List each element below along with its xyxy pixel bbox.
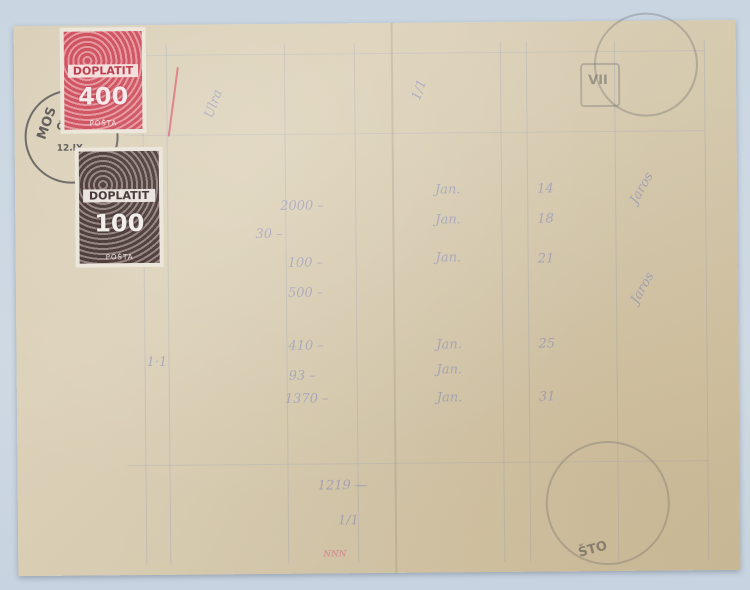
handwriting-note: Jan. xyxy=(435,212,461,227)
ruled-line xyxy=(125,130,705,136)
ruled-line xyxy=(284,44,290,564)
red-pencil-line xyxy=(168,67,179,137)
handwriting-note: Jan. xyxy=(437,390,463,405)
handwriting: Jaros xyxy=(628,270,658,307)
red-pencil-mark: ɴɴɴ xyxy=(323,545,346,559)
faded-postmark: ŠTO xyxy=(545,440,670,565)
handwriting-date: 25 xyxy=(538,336,555,351)
handwriting-note: Jan. xyxy=(437,362,463,377)
postmark-city: MOS xyxy=(35,105,60,141)
handwriting: 1·1 xyxy=(146,355,167,370)
fold-crease xyxy=(391,23,398,573)
handwriting-amount: 2000 – xyxy=(280,198,324,213)
postmark-country: ČSŘ xyxy=(56,122,79,133)
handwriting-amount: 410 – xyxy=(288,338,324,353)
stamp-label: DOPLATIT xyxy=(68,64,138,78)
ruled-line xyxy=(500,42,506,562)
handwriting: Jaros xyxy=(627,170,657,207)
ruled-line xyxy=(166,45,172,565)
handwriting-note: Jan. xyxy=(436,337,462,352)
handwriting: Ulra xyxy=(202,88,226,120)
ruled-line xyxy=(614,41,620,561)
ruled-line xyxy=(124,50,704,56)
postage-due-stamp-400: DOPLATIT 400 POŠTA xyxy=(60,27,147,134)
ruled-line xyxy=(354,43,360,563)
handwriting-amount: 1370 – xyxy=(285,391,329,406)
faded-box-stamp: VII xyxy=(580,63,620,107)
stamp-value: 400 xyxy=(64,82,142,111)
document-paper: Ulra 1/1 2000 – 30 – 100 – 500 – 410 – 9… xyxy=(14,20,741,576)
stamp-label: DOPLATIT xyxy=(83,189,155,203)
faded-postmark xyxy=(594,12,699,117)
handwriting-amount: 93 – xyxy=(289,369,316,384)
box-stamp-text: VII xyxy=(588,73,608,88)
stamp-footer: POŠTA xyxy=(64,119,142,128)
ruled-line xyxy=(526,42,532,562)
postage-due-stamp-100: DOPLATIT 100 POŠTA xyxy=(75,147,164,268)
stamp-value: 100 xyxy=(79,209,159,238)
handwriting-date: 14 xyxy=(537,181,554,196)
handwriting-total: 1219 — xyxy=(318,478,368,493)
handwriting: 1/1 xyxy=(409,78,430,103)
handwriting-amount: 500 – xyxy=(288,285,324,300)
handwriting-note: Jan. xyxy=(436,250,462,265)
handwriting-amount: 100 – xyxy=(288,255,324,270)
handwriting-amount: 30 – xyxy=(255,227,282,242)
handwriting-date: 18 xyxy=(537,211,554,226)
handwriting-date: 21 xyxy=(538,251,555,266)
handwriting-date: 31 xyxy=(539,389,556,404)
ruled-line xyxy=(704,40,710,560)
stamp-footer: POŠTA xyxy=(80,253,160,262)
ruled-line xyxy=(142,45,148,565)
postmark-text: ŠTO xyxy=(577,538,609,560)
postmark-date: 12.IX xyxy=(57,144,83,154)
ruled-line xyxy=(127,460,707,466)
handwriting-note: Jan. xyxy=(435,182,461,197)
postmark-circle: MOS ČSŘ 12.IX xyxy=(24,89,119,184)
handwriting-total: 1/1 xyxy=(338,513,359,528)
